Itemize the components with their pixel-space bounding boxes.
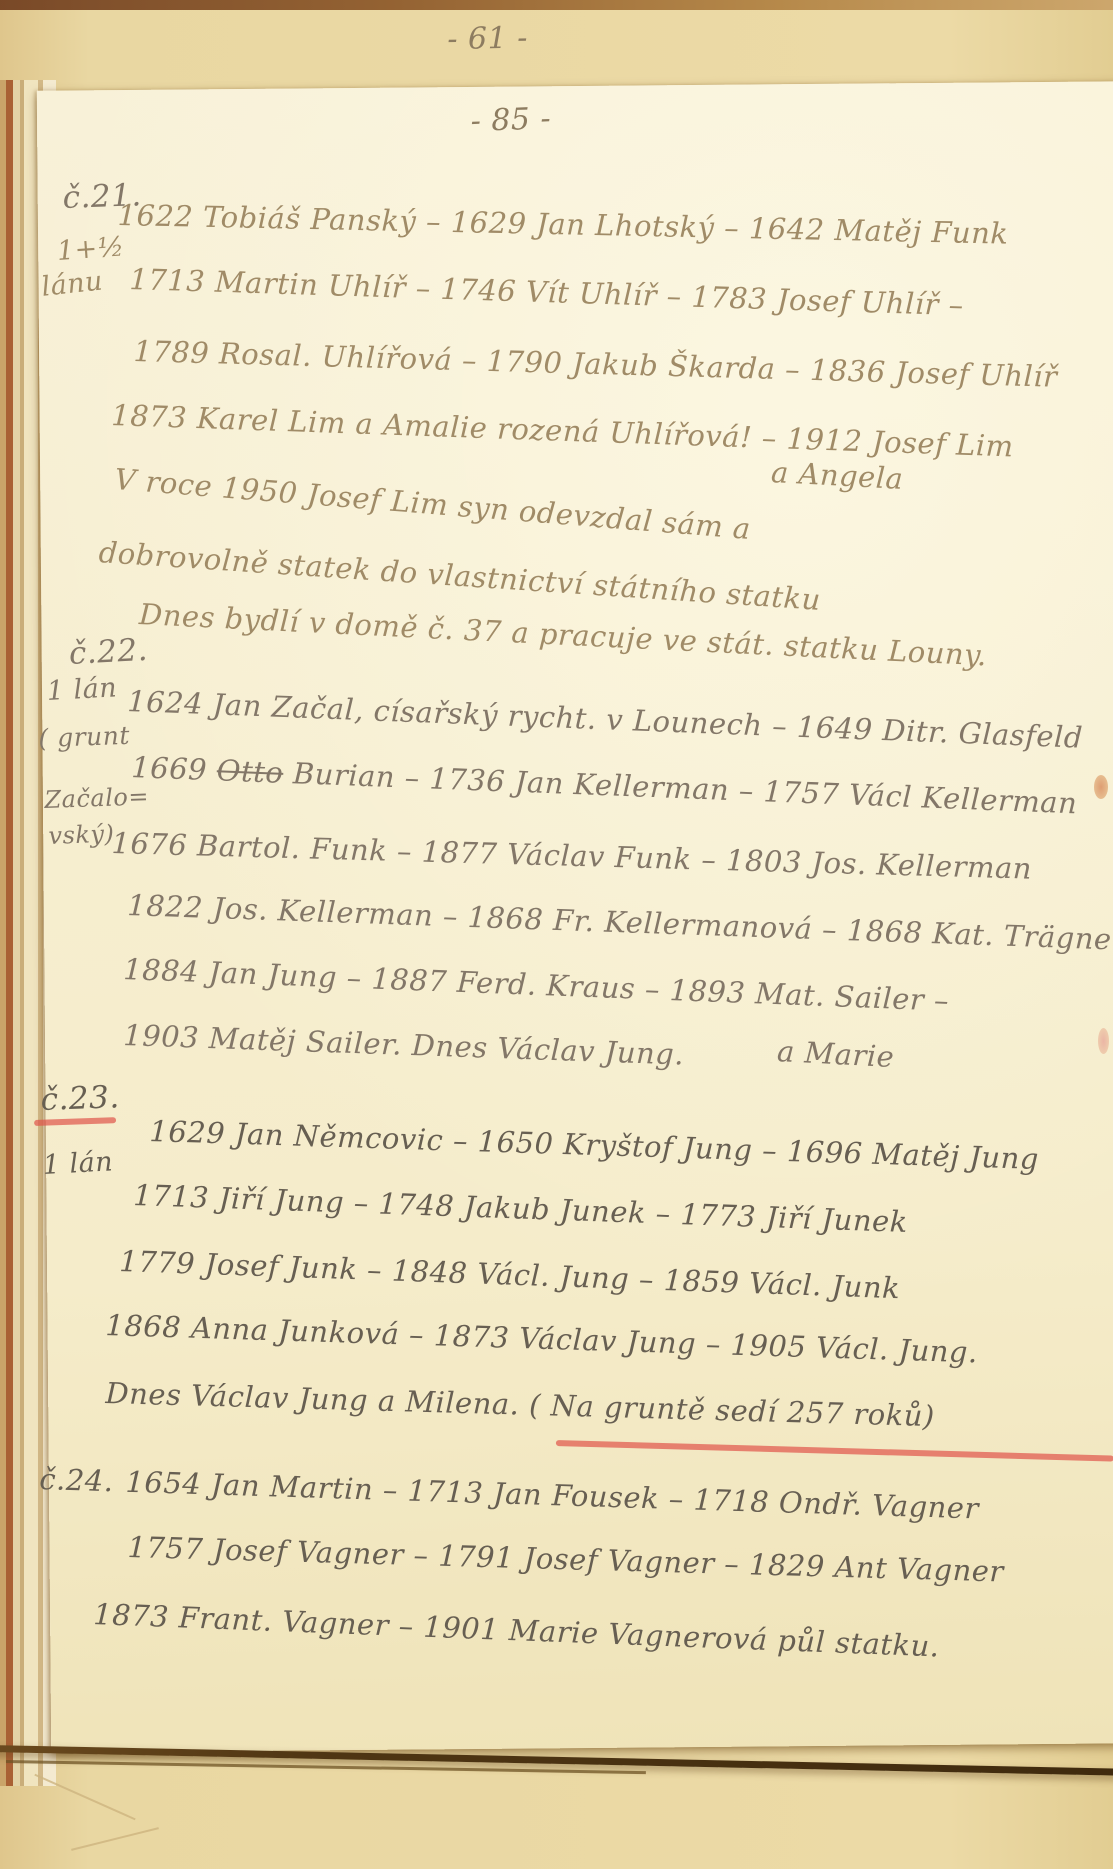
paper-stain [1098,1028,1109,1054]
entry-22-margin-note-zacalo: Začalo= [44,782,149,814]
entry-21-margin-note-lan: 1+½ [56,231,125,267]
entry-24-label: č.24. [39,1462,114,1498]
paper-crease [34,1774,135,1821]
entry-23-line-5-end: ) [922,1399,935,1433]
paper-stain [1094,775,1108,799]
entry-21-margin-note-lanu: lánu [40,266,104,303]
back-page-number: - 61 - [447,21,528,57]
document-photo: - 61 - - 85 - č.21. 1622 Tobiáš Panský –… [0,0,1113,1869]
entry-22-line-6-aside: a Marie [776,1034,895,1074]
paper-crease [71,1827,159,1851]
entry-21-line-4-aside: a Angela [770,455,904,496]
page-number: - 85 - [470,101,552,139]
entry-22-label: č.22. [68,632,149,672]
entry-23-label: č.23. [40,1079,120,1118]
entry-22-margin-note-lan: 1 lán [46,672,118,707]
book-top-edge [0,0,1113,10]
entry-22-line-2-struck-word: Otto [216,753,284,790]
entry-22-margin-note-grunt: ( grunt [38,721,130,753]
entry-22-margin-note-vsky: vský) [48,820,115,850]
entry-23-margin-note-lan: 1 lán [42,1146,114,1181]
